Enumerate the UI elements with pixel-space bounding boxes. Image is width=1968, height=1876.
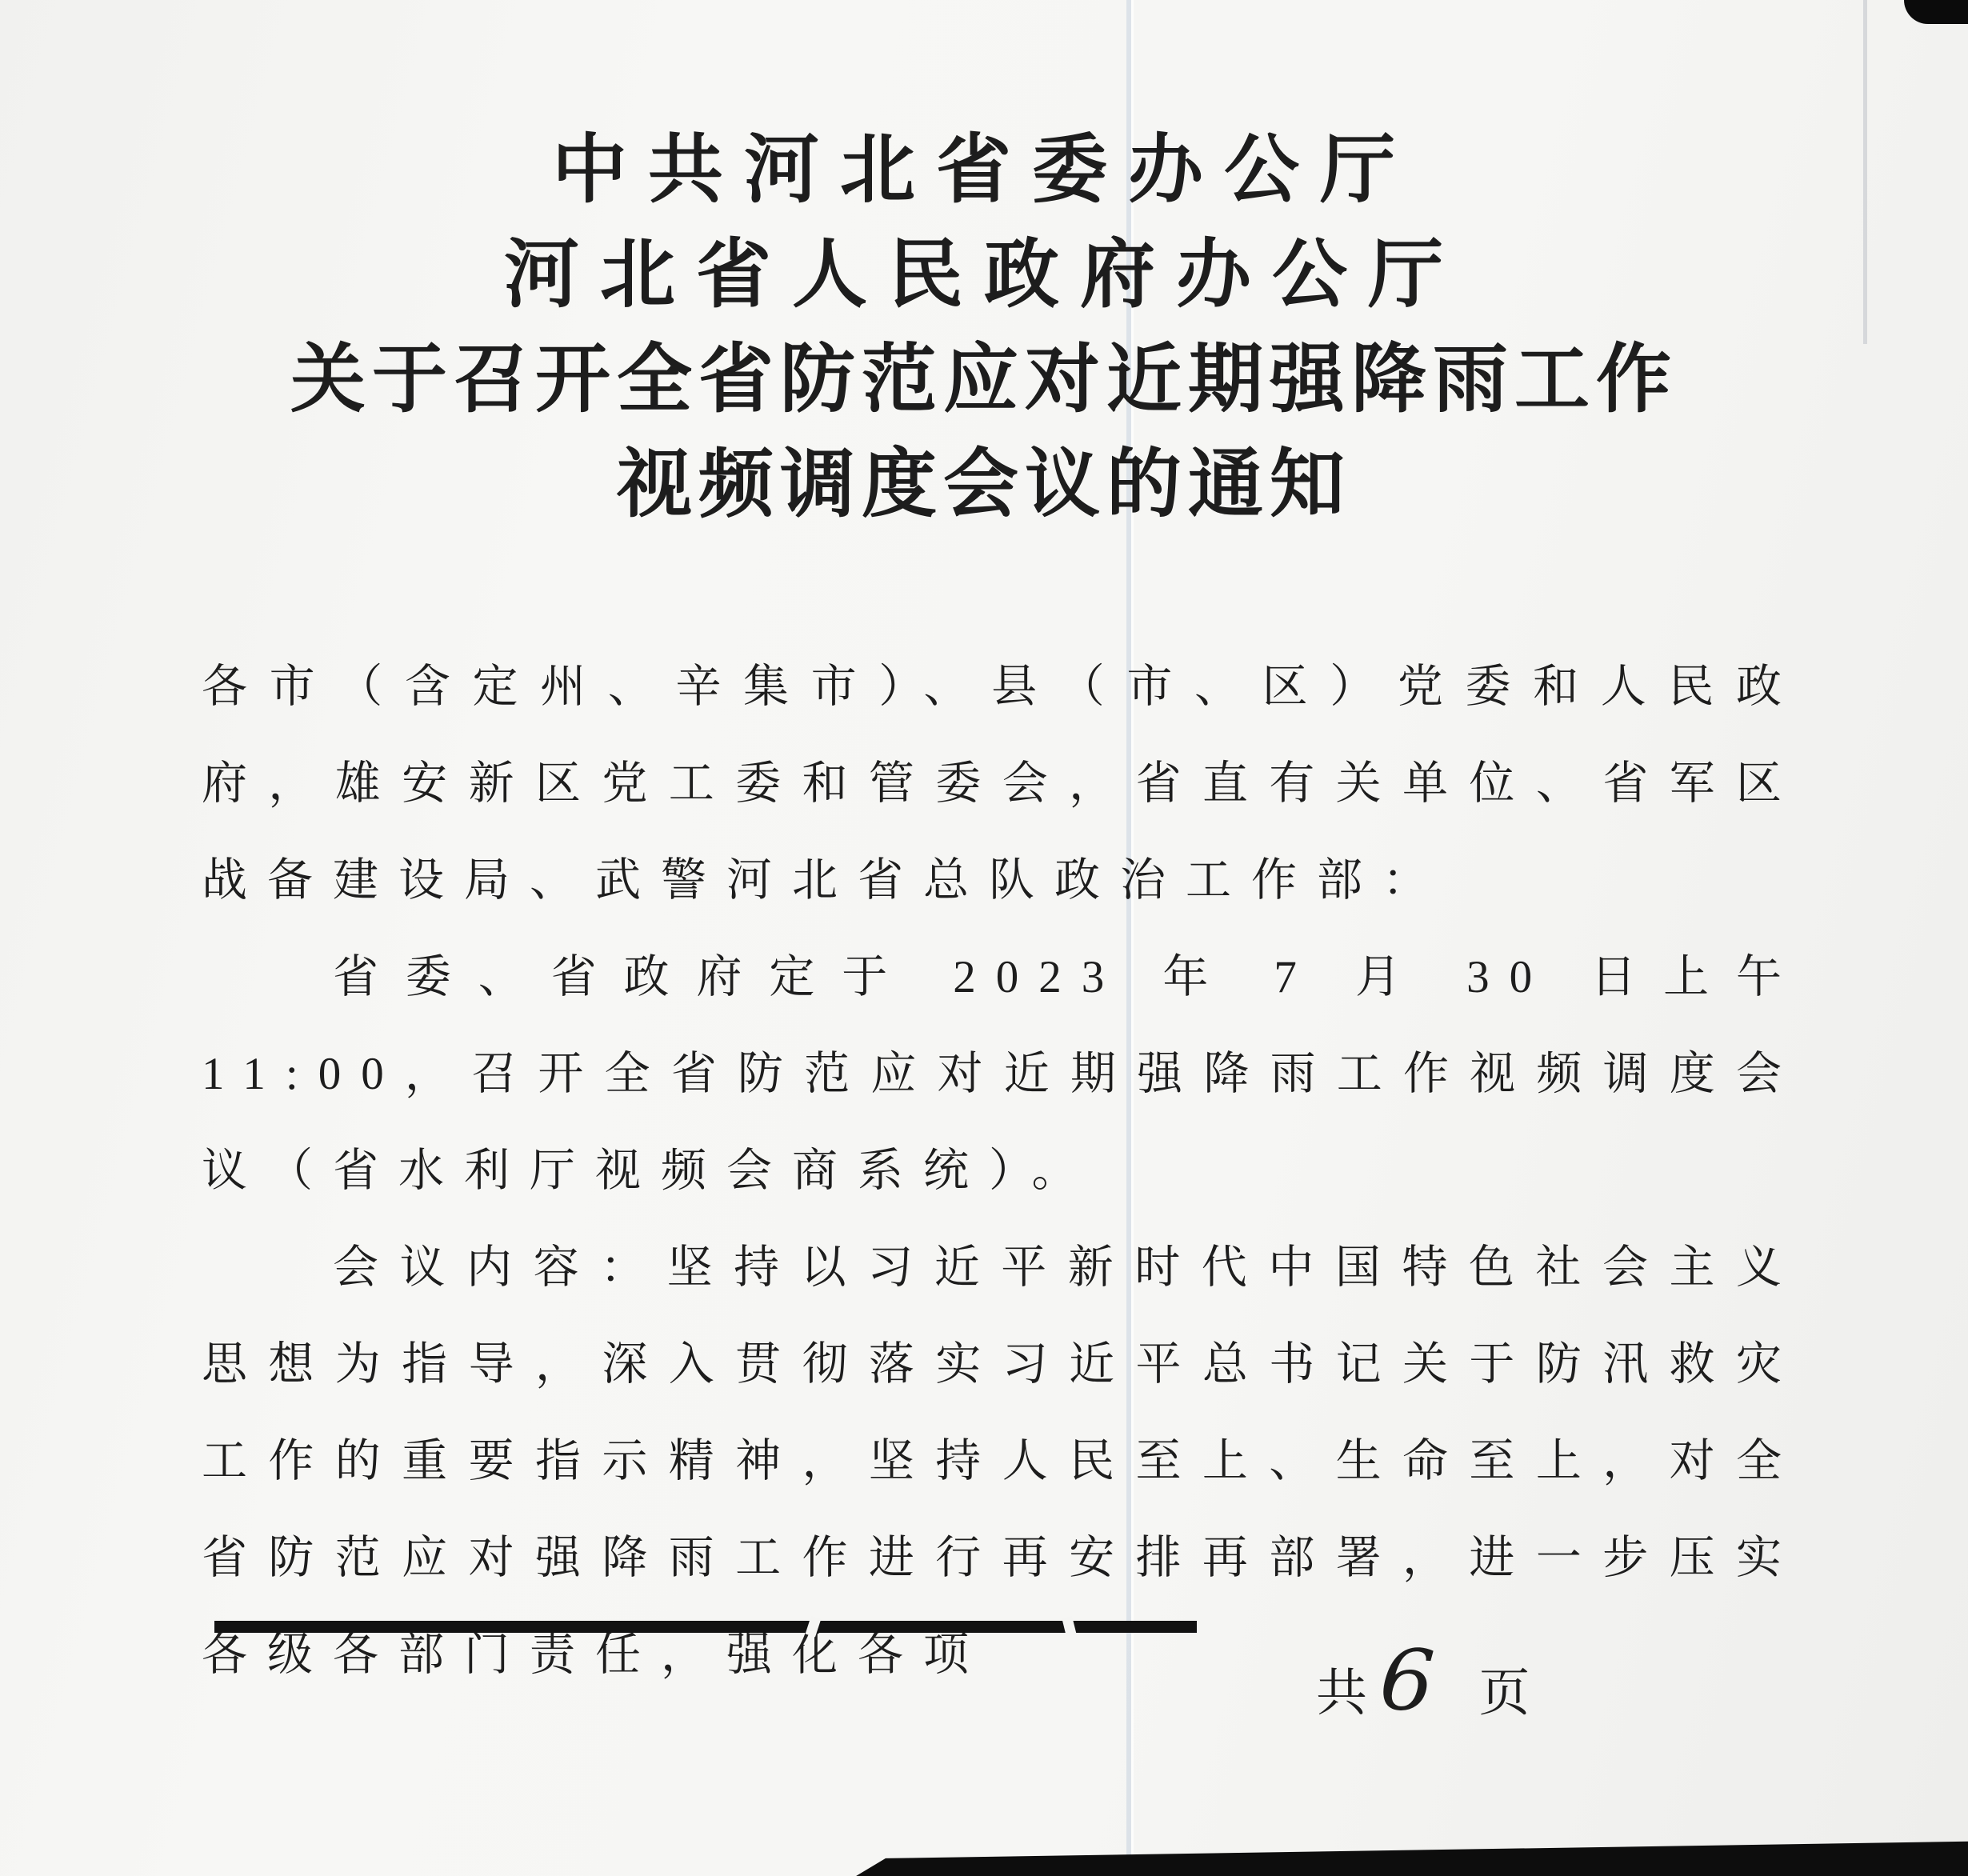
scan-bottom-edge <box>0 1839 1968 1876</box>
page-count-footer: 共 6 页 <box>1316 1662 1530 1726</box>
recipients-paragraph: 各市（含定州、辛集市）、县（市、区）党委和人民政府，雄安新区党工委和管委会，省直… <box>202 638 1802 929</box>
document-title: 中共河北省委办公厅 河北省人民政府办公厅 关于召开全省防范应对近期强降雨工作 视… <box>0 118 1968 538</box>
title-line-3: 关于召开全省防范应对近期强降雨工作 <box>0 328 1968 433</box>
title-line-4: 视频调度会议的通知 <box>0 433 1968 538</box>
body-paragraph-1: 省委、省政府定于 2023 年 7 月 30 日上午 11:00，召开全省防范应… <box>202 929 1802 1219</box>
page-break-line <box>214 1621 1197 1633</box>
document-body: 各市（含定州、辛集市）、县（市、区）党委和人民政府，雄安新区党工委和管委会，省直… <box>202 638 1802 1703</box>
title-line-1: 中共河北省委办公厅 <box>0 118 1968 223</box>
title-line-2: 河北省人民政府办公厅 <box>0 223 1968 328</box>
scanned-document-page: 中共河北省委办公厅 河北省人民政府办公厅 关于召开全省防范应对近期强降雨工作 视… <box>0 0 1968 1876</box>
handwritten-page-count: 6 <box>1378 1639 1437 1722</box>
page-count-suffix: 页 <box>1478 1662 1530 1726</box>
scan-corner-mark <box>1904 0 1968 24</box>
page-count-prefix: 共 <box>1316 1662 1367 1726</box>
